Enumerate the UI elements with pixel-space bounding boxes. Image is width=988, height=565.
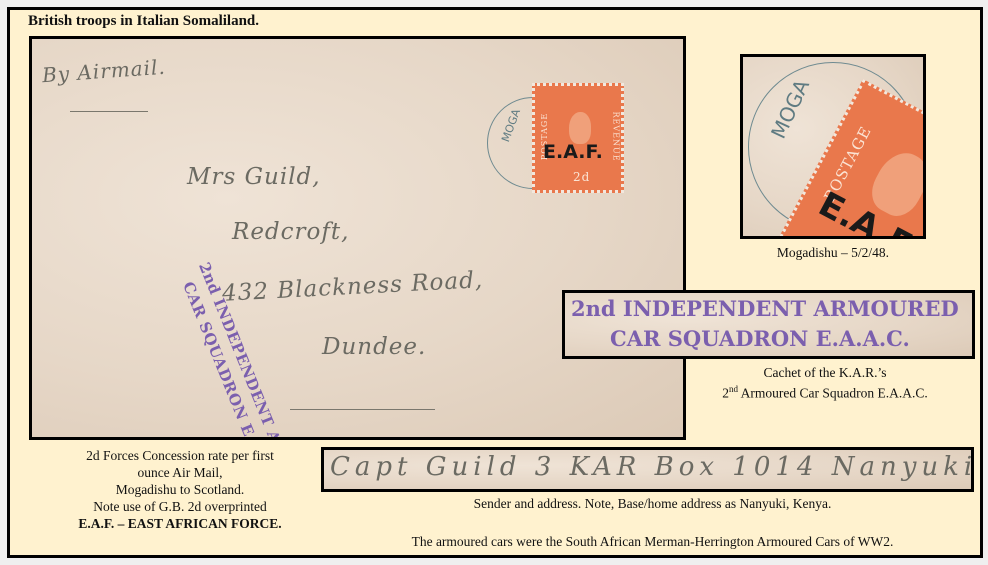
address-line: 432 Blackness Road, — [221, 267, 483, 307]
envelope-cachet: 2nd INDEPENDENT ARMOURED CAR SQUADRON E.… — [29, 199, 122, 399]
underline — [70, 111, 148, 112]
address-line: Redcroft, — [232, 219, 349, 245]
rate-caption: 2d Forces Concession rate per first ounc… — [30, 447, 330, 532]
airmail-endorsement: By Airmail. — [41, 55, 166, 88]
envelope-image: By Airmail. 2nd INDEPENDENT ARMOURED CAR… — [29, 36, 686, 440]
eaf-definition: E.A.F. – EAST AFRICAN FORCE. — [30, 515, 330, 532]
closeup-caption: Mogadishu – 5/2/48. — [740, 244, 926, 261]
eaf-overprint: E.A.F. — [543, 141, 603, 163]
sender-caption: Sender and address. Note, Base/home addr… — [330, 495, 975, 512]
cachet-image: 2nd INDEPENDENT ARMOURED CAR SQUADRON E.… — [562, 290, 975, 359]
sender-address-image: Capt Guild 3 KAR Box 1014 Nanyuki — [321, 447, 974, 492]
underline — [290, 409, 435, 410]
sender-handwriting: Capt Guild 3 KAR Box 1014 Nanyuki — [330, 452, 974, 482]
address-line: Mrs Guild, — [187, 164, 321, 190]
cachet-caption: Cachet of the K.A.R.’s 2nd Armoured Car … — [680, 364, 970, 402]
stamp-closeup-image: MOGA POSTAGE E.A.F. — [740, 54, 926, 239]
kings-head — [569, 112, 591, 144]
page-title: British troops in Italian Somaliland. — [28, 13, 259, 30]
address-line: Dundee. — [322, 334, 426, 360]
cachet-line: 2nd INDEPENDENT ARMOURED — [571, 296, 959, 321]
cachet-line: CAR SQUADRON E.A.A.C. — [610, 326, 910, 351]
postage-stamp: POSTAGE REVENUE E.A.F. 2d — [532, 83, 624, 193]
armoured-cars-note: The armoured cars were the South African… — [330, 533, 975, 550]
